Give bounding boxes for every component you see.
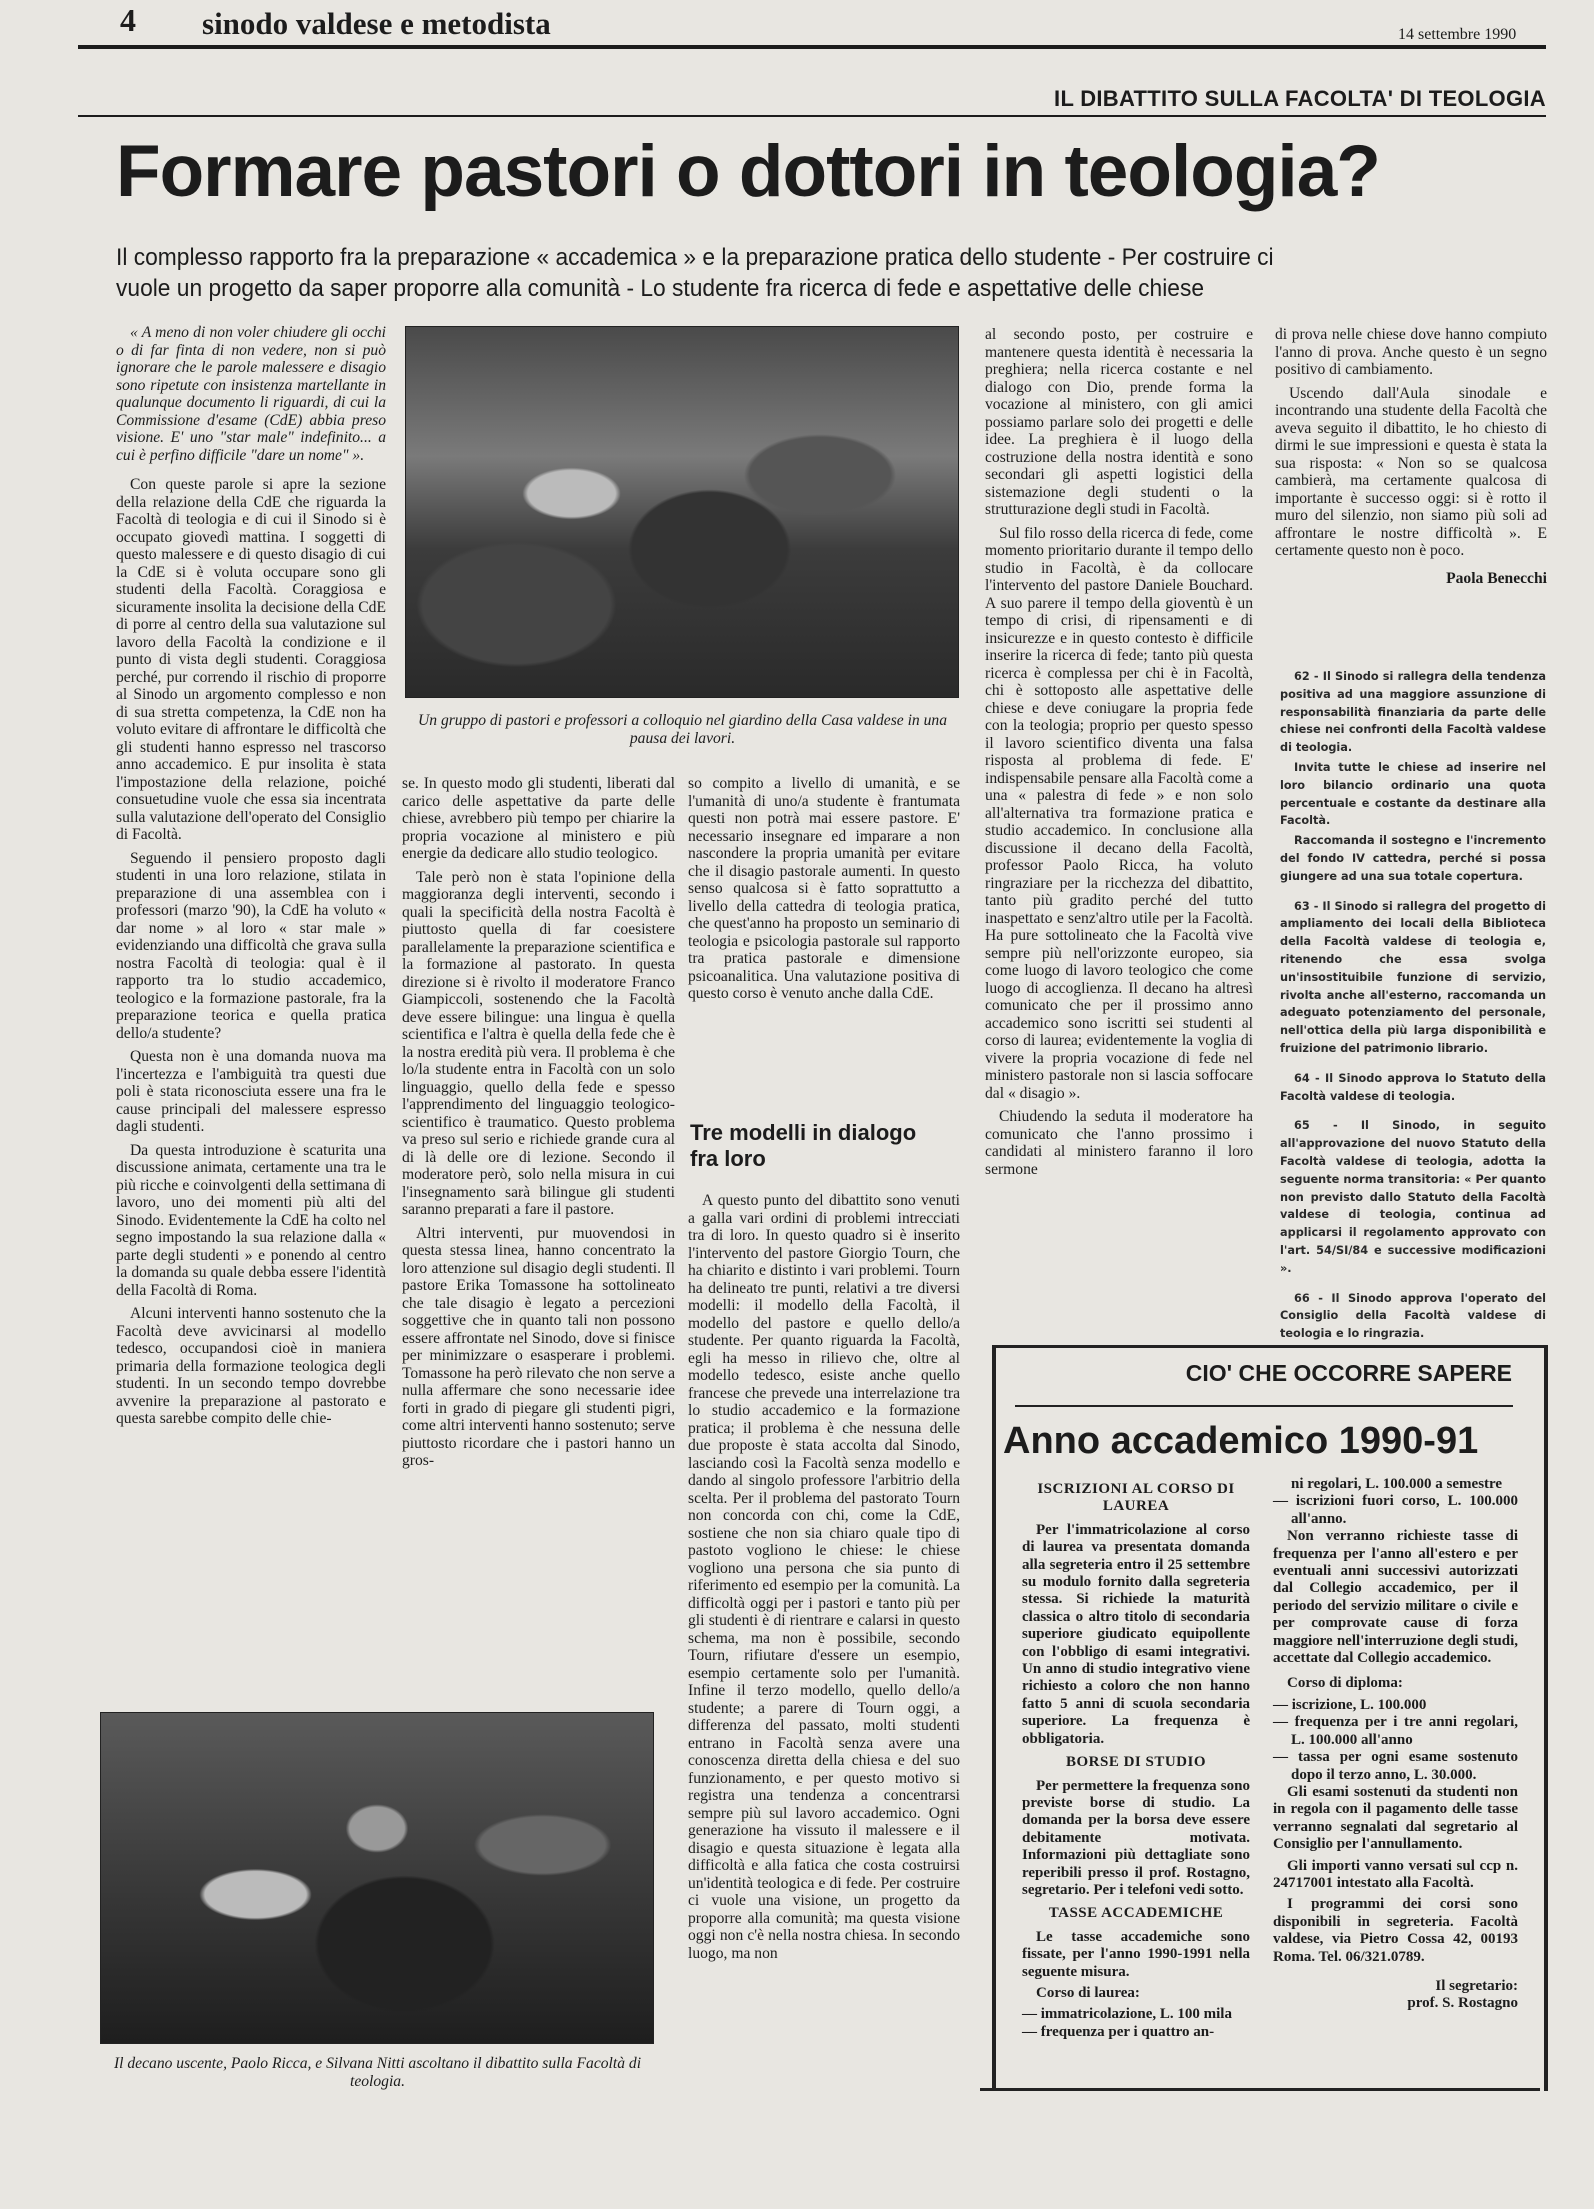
list-corso-laurea: — immatricolazione, L. 100 mila — freque… [1022, 2006, 1250, 2041]
subhead-line-2: vuole un progetto da saper proporre alla… [116, 273, 1446, 304]
motion-64: 64 - Il Sinodo approva lo Statuto della … [1280, 1070, 1546, 1106]
heading-tasse: TASSE ACCADEMICHE [1022, 1905, 1250, 1922]
paragraph: Da questa introduzione è scaturita una d… [116, 1142, 386, 1300]
motion-66: 66 - Il Sinodo approva l'operato del Con… [1280, 1290, 1546, 1343]
paragraph: Tale però non è stata l'opinione della m… [402, 869, 675, 1219]
section-kicker: IL DIBATTITO SULLA FACOLTA' DI TEOLOGIA [990, 86, 1546, 112]
list-item: — tassa per ogni esame sostenuto dopo il… [1273, 1749, 1518, 1784]
heading-borse: BORSE DI STUDIO [1022, 1754, 1250, 1771]
signature-role: Il segretario: [1273, 1978, 1518, 1995]
paragraph: Sul filo rosso della ricerca di fede, co… [985, 525, 1253, 1103]
publication-title: sinodo valdese e metodista [202, 6, 551, 42]
paragraph: Seguendo il pensiero proposto dagli stud… [116, 850, 386, 1043]
article-column-2: se. In questo modo gli studenti, liberat… [402, 775, 675, 1476]
article-column-4: al secondo posto, per costruire e manten… [985, 326, 1253, 1184]
paragraph: di prova nelle chiese dove hanno compiut… [1275, 326, 1547, 379]
masthead-rule [78, 45, 1546, 49]
article-column-3-continued: A questo punto del dibattito sono venuti… [688, 1192, 960, 1968]
label-corso-diploma: Corso di diploma: [1273, 1675, 1518, 1692]
motion-62: 62 - Il Sinodo si rallegra della tendenz… [1280, 668, 1546, 757]
heading-iscrizioni: ISCRIZIONI AL CORSO DI LAUREA [1022, 1481, 1250, 1516]
synod-motions: 62 - Il Sinodo si rallegra della tendenz… [1280, 668, 1546, 1355]
motion-65: 65 - Il Sinodo, in seguito all'approvazi… [1280, 1117, 1546, 1277]
paragraph: I programmi dei corsi sono disponibili i… [1273, 1896, 1518, 1966]
page-number: 4 [120, 2, 136, 39]
info-box-title: Anno accademico 1990-91 [1003, 1420, 1478, 1463]
paragraph: se. In questo modo gli studenti, liberat… [402, 775, 675, 863]
list-continued: ni regolari, L. 100.000 a semestre — isc… [1273, 1476, 1518, 1528]
subhead: Il complesso rapporto fra la preparazion… [116, 242, 1446, 304]
list-item: — frequenza per i quattro an- [1022, 2024, 1250, 2041]
info-box-left-column: ISCRIZIONI AL CORSO DI LAUREA Per l'imma… [1022, 1475, 1250, 2041]
label-corso-laurea: Corso di laurea: [1022, 1985, 1250, 2002]
info-box-right-column: ni regolari, L. 100.000 a semestre — isc… [1273, 1476, 1518, 2013]
section-heading-tre-modelli: Tre modelli in dialogo fra loro [690, 1120, 950, 1172]
paragraph: al secondo posto, per costruire e manten… [985, 326, 1253, 519]
paragraph: Uscendo dall'Aula sinodale e incontrando… [1275, 385, 1547, 560]
paragraph: Per permettere la frequenza sono previst… [1022, 1778, 1250, 1900]
paragraph: Chiudendo la seduta il moderatore ha com… [985, 1108, 1253, 1178]
lead-quote: « A meno di non voler chiudere gli occhi… [116, 324, 386, 464]
kicker-rule [78, 115, 1546, 117]
paragraph: Per l'immatricolazione al corso di laure… [1022, 1522, 1250, 1748]
info-box-bottom-rule [980, 2088, 1540, 2091]
article-column-3: so compito a livello di umanità, e se l'… [688, 775, 960, 1009]
info-box-rule [1015, 1405, 1513, 1407]
article-column-1: « A meno di non voler chiudere gli occhi… [116, 324, 386, 1434]
paragraph: Gli importi vanno versati sul ccp n. 247… [1273, 1858, 1518, 1893]
motion-62-cont: Raccomanda il sostegno e l'incremento de… [1280, 832, 1546, 885]
headline: Formare pastori o dottori in teologia? [116, 130, 1380, 213]
paragraph: Con queste parole si apre la sezione del… [116, 476, 386, 844]
paragraph: Altri interventi, pur muovendosi in ques… [402, 1225, 675, 1470]
list-item: ni regolari, L. 100.000 a semestre [1273, 1476, 1518, 1493]
paragraph: Le tasse accademiche sono fissate, per l… [1022, 1929, 1250, 1981]
list-item: — iscrizione, L. 100.000 [1273, 1697, 1518, 1714]
paragraph: Questa non è una domanda nuova ma l'ince… [116, 1048, 386, 1136]
subhead-line-1: Il complesso rapporto fra la preparazion… [116, 242, 1446, 273]
paragraph: A questo punto del dibattito sono venuti… [688, 1192, 960, 1962]
signature: Il segretario: prof. S. Rostagno [1273, 1978, 1518, 2013]
article-column-5: di prova nelle chiese dove hanno compiut… [1275, 326, 1547, 587]
info-box-kicker: CIO' CHE OCCORRE SAPERE [1010, 1360, 1512, 1387]
list-corso-diploma: — iscrizione, L. 100.000 — frequenza per… [1273, 1697, 1518, 1784]
list-item: — frequenza per i tre anni regolari, L. … [1273, 1714, 1518, 1749]
list-item: — immatricolazione, L. 100 mila [1022, 2006, 1250, 2023]
paragraph: Alcuni interventi hanno sostenuto che la… [116, 1305, 386, 1428]
motion-62-cont: Invita tutte le chiese ad inserire nel l… [1280, 759, 1546, 830]
motion-63: 63 - Il Sinodo si rallegra del progetto … [1280, 898, 1546, 1058]
photo-garden-group [405, 326, 959, 698]
paragraph: Non verranno richieste tasse di frequenz… [1273, 1528, 1518, 1667]
byline: Paola Benecchi [1275, 570, 1547, 588]
photo-caption-2: Il decano uscente, Paolo Ricca, e Silvan… [95, 2055, 660, 2091]
signature-name: prof. S. Rostagno [1273, 1995, 1518, 2012]
issue-date: 14 settembre 1990 [1398, 26, 1516, 44]
photo-caption-1: Un gruppo di pastori e professori a coll… [400, 712, 965, 748]
photo-ricca-nitti [100, 1712, 654, 2044]
paragraph: Gli esami sostenuti da studenti non in r… [1273, 1784, 1518, 1854]
list-item: — iscrizioni fuori corso, L. 100.000 all… [1273, 1493, 1518, 1528]
paragraph: so compito a livello di umanità, e se l'… [688, 775, 960, 1003]
